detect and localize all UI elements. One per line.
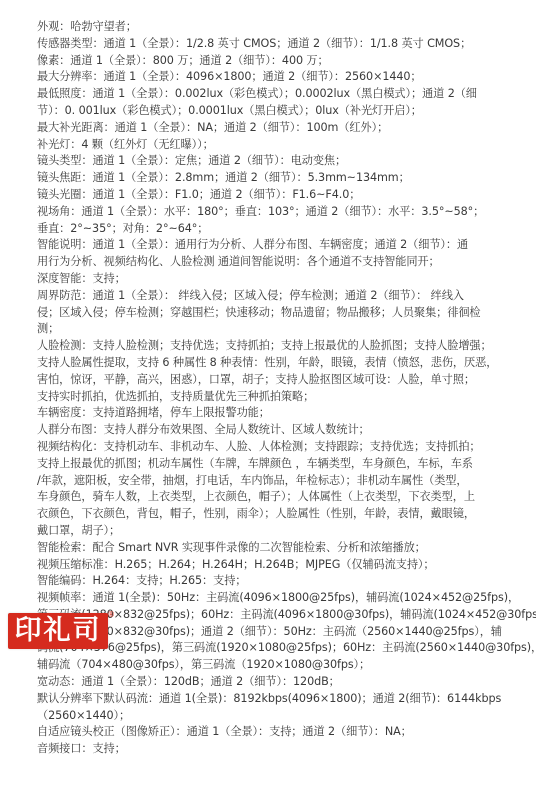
spec-line-video-structuring-cont5: 戴口罩，胡子）； <box>37 523 507 540</box>
spec-line-crowd-map: 人群分布图：支持人群分布效果图、全局人数统计、区域人数统计； <box>37 422 507 439</box>
spec-line-face-detection: 人脸检测：支持人脸检测；支持优选；支持抓拍；支持上报最优的人脸抓图；支持人脸增强… <box>37 338 507 355</box>
spec-line-focal-length: 镜头焦距：通道 1（全景）：2.8mm；通道 2（细节）：5.3mm~134mm… <box>37 170 507 187</box>
spec-line-perimeter-protection-cont: 侵；区域入侵；停车检测；穿越围栏；快速移动；物品遗留；物品搬移；人员聚集；徘徊检 <box>37 305 507 322</box>
spec-line-smart-description-cont: 用行为分析、视频结构化、人脸检测 通道间智能说明：各个通道不支持智能同开； <box>37 254 507 271</box>
spec-line-wdr: 宽动态：通道 1（全景）：120dB；通道 2（细节）：120dB； <box>37 674 507 691</box>
spec-line-face-attributes: 支持人脸属性提取，支持 6 种属性 8 种表情：性别，年龄，眼镜，表情（愤怒，悲… <box>37 355 507 372</box>
spec-line-default-bitrate: 默认分辨率下默认码流：通道 1(全景)：8192kbps(4096×1800)；… <box>37 691 507 708</box>
spec-line-video-structuring-cont4: 衣颜色，下衣颜色，背包，帽子，性别，雨伞）；人脸属性（性别，年龄，表情，戴眼镜， <box>37 506 507 523</box>
spec-line-max-fill-light-distance: 最大补光距离：通道 1（全景）：NA；通道 2（细节）：100m（红外）； <box>37 120 507 137</box>
spec-line-frame-rate: 视频帧率：通道 1(全景)：50Hz：主码流(4096×1800@25fps)，… <box>37 590 507 607</box>
spec-line-smart-search: 智能检索：配合 Smart NVR 实现事件录像的二次智能检索、分析和浓缩播放； <box>37 540 507 557</box>
spec-line-audio-interface: 音频接口：支持； <box>37 741 507 758</box>
spec-line-video-structuring: 视频结构化：支持机动车、非机动车、人脸、人体检测；支持跟踪；支持优选；支持抓拍； <box>37 439 507 456</box>
spec-line-face-attributes-cont: 害怕，惊讶，平静，高兴，困惑），口罩，胡子；支持人脸抠图区域可设：人脸，单寸照； <box>37 372 507 389</box>
spec-line-perimeter-protection-cont2: 测； <box>37 321 507 338</box>
spec-line-perimeter-protection: 周界防范：通道 1（全景）： 绊线入侵；区域入侵；停车检测；通道 2（细节）： … <box>37 288 507 305</box>
spec-line-lens-correction: 自适应镜头校正（图像矫正）：通道 1（全景）：支持；通道 2（细节）：NA； <box>37 724 507 741</box>
watermark-logo: 印礼司 ® <box>8 613 108 649</box>
spec-line-fill-light: 补光灯：4 颗（红外灯（无红曝））； <box>37 137 507 154</box>
spec-line-deep-learning: 深度智能：支持； <box>37 271 507 288</box>
spec-line-min-illumination: 最低照度：通道 1（全景）：0.002lux（彩色模式）；0.0002lux（黑… <box>37 86 507 103</box>
spec-line-sensor-type: 传感器类型：通道 1（全景）：1/2.8 英寸 CMOS；通道 2（细节）：1/… <box>37 36 507 53</box>
spec-line-max-resolution: 最大分辨率：通道 1（全景）：4096×1800；通道 2（细节）：2560×1… <box>37 69 507 86</box>
spec-line-field-of-view: 视场角：通道 1（全景）：水平：180°；垂直：103°；通道 2（细节）：水平… <box>37 204 507 221</box>
registered-mark-icon: ® <box>107 611 115 619</box>
spec-line-vehicle-density: 车辆密度：支持道路拥堵，停车上限报警功能； <box>37 405 507 422</box>
spec-line-min-illumination-cont: 节）：0. 001lux（彩色模式）；0.0001lux（黑白模式）；0lux（… <box>37 103 507 120</box>
spec-line-pixels: 像素：通道 1（全景）：800 万；通道 2（细节）：400 万； <box>37 53 507 70</box>
spec-line-appearance: 外观：哈勃守望者； <box>37 19 507 36</box>
spec-line-smart-description: 智能说明：通道 1（全景）：通用行为分析、人群分布图、车辆密度；通道 2（细节）… <box>37 237 507 254</box>
spec-line-snapshot-strategy: 支持实时抓拍，优选抓拍，支持质量优先三种抓拍策略； <box>37 389 507 406</box>
spec-line-video-structuring-cont2: /年款，遮阳板，安全带，抽烟，打电话，车内饰品，年检标志）；非机动车属性（类型， <box>37 473 507 490</box>
spec-line-frame-rate-cont4: 辅码流（704×480@30fps），第三码流（1920×1080@30fps）… <box>37 657 507 674</box>
watermark-text: 印礼司 <box>15 615 102 646</box>
spec-line-default-bitrate-cont: （2560×1440）； <box>37 708 507 725</box>
spec-line-video-structuring-cont1: 支持上报最优的抓图；机动车属性（车牌，车牌颜色 ，车辆类型，车身颜色，车标，车系 <box>37 456 507 473</box>
spec-line-lens-type: 镜头类型：通道 1（全景）：定焦；通道 2（细节）：电动变焦； <box>37 153 507 170</box>
spec-line-smart-codec: 智能编码：H.264：支持；H.265：支持； <box>37 573 507 590</box>
spec-line-video-structuring-cont3: 车身颜色，骑车人数，上衣类型，上衣颜色，帽子）；人体属性（上衣类型，下衣类型，上 <box>37 489 507 506</box>
spec-line-video-compression: 视频压缩标准：H.265；H.264；H.264H；H.264B；MJPEG（仅… <box>37 557 507 574</box>
spec-line-field-of-view-cont: 垂直：2°~35°；对角：2°~64°； <box>37 221 507 238</box>
spec-line-aperture: 镜头光圈：通道 1（全景）：F1.0；通道 2（细节）：F1.6~F4.0； <box>37 187 507 204</box>
